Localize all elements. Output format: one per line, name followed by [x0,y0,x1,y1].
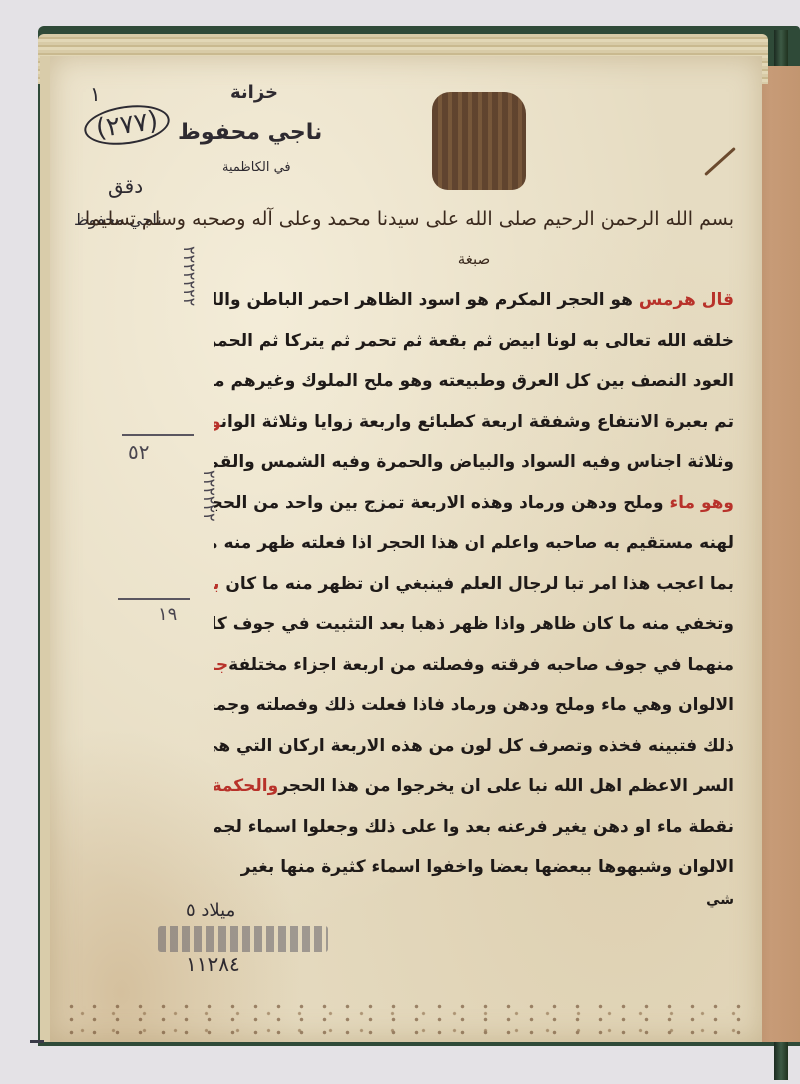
text-line: قال هرمس هو الحجر المكرم هو اسود الظاهر … [214,280,734,321]
margin-tally-upper: ٢٢٢٢٢٢٢ [140,246,200,306]
margin-tally-lower: ٢٢٢٢٢٢ [160,470,220,522]
verified-label: دقق [108,174,143,198]
margin-tally-total-upper: ٥٢ [128,440,149,464]
text-line: خلقه الله تعالى به لونا ابيض ثم بقعة ثم … [214,321,734,362]
scale-mark [30,1040,44,1043]
subheading: صبغة [214,238,734,280]
text-line: تم بعبرة الانتفاع وشفقة اربعة كطبائع وار… [214,402,734,443]
text-line: ذلك فتبينه فخذه وتصرف كل لون من هذه الار… [214,726,734,767]
text-line: منهما في جوف صاحبه فرقته وفصلته من اربعة… [214,645,734,686]
margin-tally-total-lower: ١٩ [158,604,177,625]
text-line: الالوان وهي ماء وملح ودهن ورماد فاذا فعل… [214,685,734,726]
shelf-number-value: (٢٧٧) [82,100,173,150]
basmala: بسم الله الرحمن الرحيم صلى الله على سيدن… [214,200,734,238]
text-line: العود النصف بين كل العرق وطبيعته وهو ملح… [214,361,734,402]
text-line: لهنه مستقيم به صاحبه واعلم ان هذا الحجر … [214,523,734,564]
accession-number: ١١٢٨٤ [186,952,240,976]
text-line: السر الاعظم اهل الله نبا على ان يخرجوا م… [214,766,734,807]
manuscript-text: بسم الله الرحمن الرحيم صلى الله على سيدن… [214,200,734,912]
rubric: قال هرمس [639,290,734,310]
library-location: في الكاظمية [222,160,291,175]
text-line: الالوان وشبهوها ببعضها بعضا واخفوا اسماء… [214,847,734,888]
rubric: جاز [214,655,228,675]
tally-rule-lower [118,598,190,600]
library-owner: ناجي محفوظ [178,120,322,145]
text-line: نقطة ماء او دهن يغير فرعنه بعد وا على ذل… [214,807,734,848]
rubric: والحكمة [214,776,278,796]
seal-stamp [432,92,526,190]
footer-stamp [158,926,328,952]
foxing-stains [60,1000,750,1036]
tally-rule-upper [122,434,194,436]
shelf-number-top: ١ [90,82,101,106]
rubric: وفيه [214,412,221,432]
shelf-number: (٢٧٧) [84,106,170,144]
footer-note: ميلاد ٥ [186,900,235,921]
text-line: وتخفي منه ما كان ظاهر واذا ظهر ذهبا بعد … [214,604,734,645]
catchword: شي [214,888,734,912]
text-line: وثلاثة اجناس وفيه السواد والبياض والحمرة… [214,442,734,483]
text-line: بما اعجب هذا امر تبا لرجال العلم فينبغي … [214,564,734,605]
rubric: وهو ماء [669,493,734,513]
text-line: وهو ماء وملح ودهن ورماد وهذه الاربعة تمز… [214,483,734,524]
library-label: خزانة [230,82,278,103]
